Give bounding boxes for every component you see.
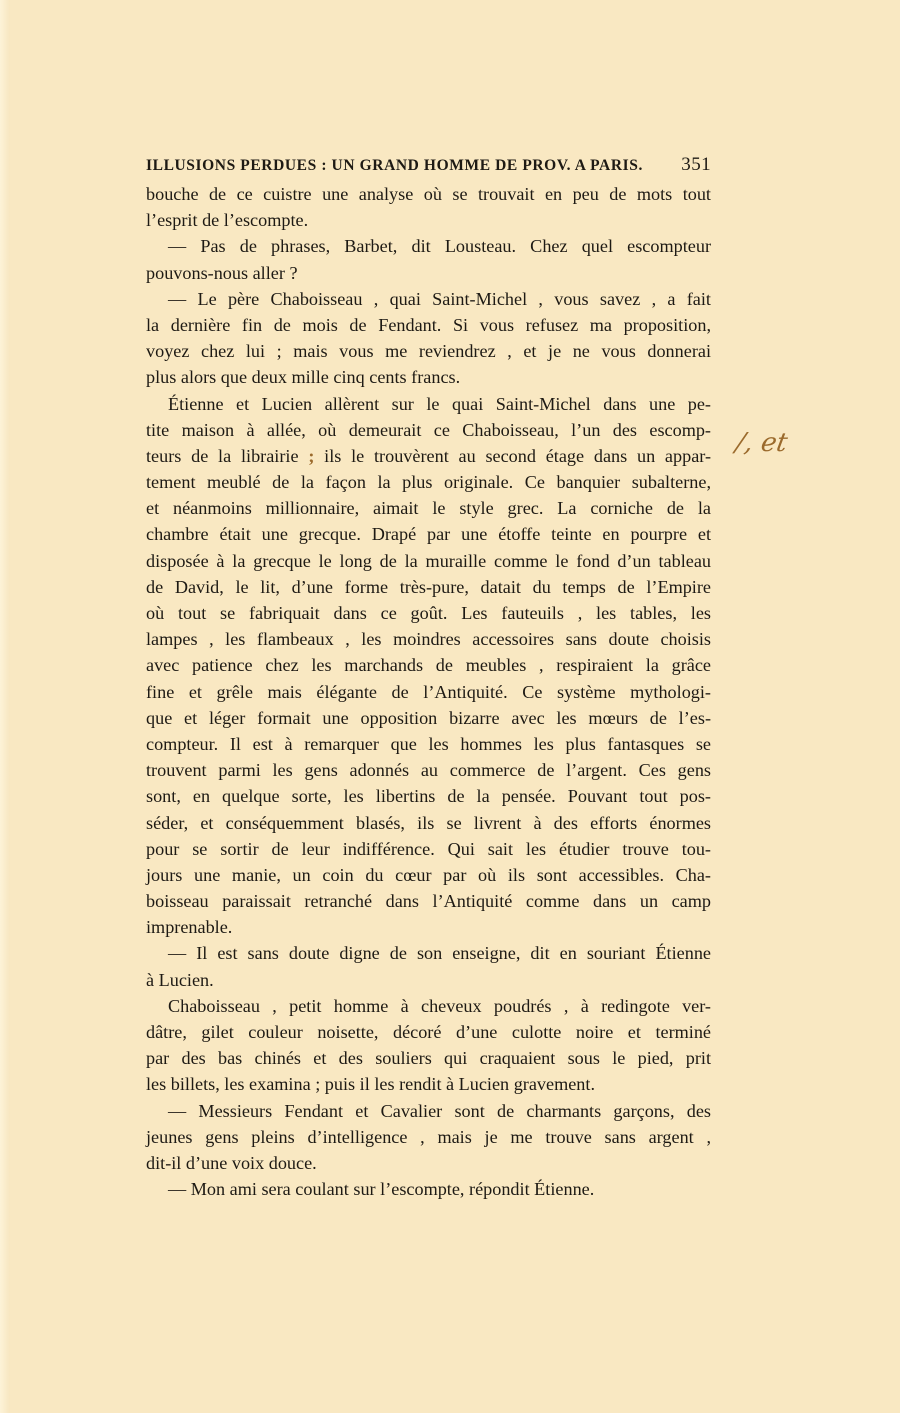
text-line: bouche de ce cuistre une analyse où se t… — [146, 181, 711, 207]
text-line: la dernière fin de mois de Fendant. Si v… — [146, 312, 711, 338]
text-line: jeunes gens pleins d’intelligence , mais… — [146, 1124, 711, 1150]
correction-mark: ; — [308, 446, 314, 466]
text-line: que et léger formait une opposition biza… — [146, 705, 711, 731]
text-line: de David, le lit, d’une forme très-pure,… — [146, 574, 711, 600]
text-line: — Le père Chaboisseau , quai Saint-Miche… — [146, 286, 711, 312]
text-line: à Lucien. — [146, 967, 711, 993]
handwritten-margin-note: /, et — [733, 428, 789, 458]
text-line: dit-il d’une voix douce. — [146, 1150, 711, 1176]
text-line: chambre était une grecque. Drapé par une… — [146, 521, 711, 547]
text-line: compteur. Il est à remarquer que les hom… — [146, 731, 711, 757]
text-line: tement meublé de la façon la plus origin… — [146, 469, 711, 495]
text-fragment: ils le trouvèrent au second étage dans u… — [324, 446, 711, 466]
text-line: — Messieurs Fendant et Cavalier sont de … — [146, 1098, 711, 1124]
page-edge — [0, 0, 10, 1413]
text-line: — Il est sans doute digne de son enseign… — [146, 940, 711, 966]
running-head-title: ILLUSIONS PERDUES : UN GRAND HOMME DE PR… — [146, 157, 643, 175]
text-line: imprenable. — [146, 914, 711, 940]
text-line: Chaboisseau , petit homme à cheveux poud… — [146, 993, 711, 1019]
text-line: — Mon ami sera coulant sur l’escompte, r… — [146, 1176, 711, 1202]
text-line: où tout se fabriquait dans ce goût. Les … — [146, 600, 711, 626]
body-text: bouche de ce cuistre une analyse où se t… — [146, 181, 711, 1202]
page-number: 351 — [681, 154, 711, 176]
text-line: jours une manie, un coin du cœur par où … — [146, 862, 711, 888]
text-line-with-correction: teurs de la librairie ; ils le trouvèren… — [146, 443, 711, 469]
book-page: ILLUSIONS PERDUES : UN GRAND HOMME DE PR… — [146, 154, 711, 1202]
text-line: fine et grêle mais élégante de l’Antiqui… — [146, 679, 711, 705]
text-line: pour se sortir de leur indifférence. Qui… — [146, 836, 711, 862]
text-line: les billets, les examina ; puis il les r… — [146, 1071, 711, 1097]
text-line: dâtre, gilet couleur noisette, décoré d’… — [146, 1019, 711, 1045]
text-line: voyez chez lui ; mais vous me reviendrez… — [146, 338, 711, 364]
text-line: plus alors que deux mille cinq cents fra… — [146, 364, 711, 390]
text-line: avec patience chez les marchands de meub… — [146, 652, 711, 678]
text-line: l’esprit de l’escompte. — [146, 207, 711, 233]
text-line: et néanmoins millionnaire, aimait le sty… — [146, 495, 711, 521]
text-line: Étienne et Lucien allèrent sur le quai S… — [146, 391, 711, 417]
text-line: séder, et conséquemment blasés, ils se l… — [146, 810, 711, 836]
text-line: tite maison à allée, où demeurait ce Cha… — [146, 417, 711, 443]
text-line: lampes , les flambeaux , les moindres ac… — [146, 626, 711, 652]
running-head: ILLUSIONS PERDUES : UN GRAND HOMME DE PR… — [146, 154, 711, 181]
text-line: disposée à la grecque le long de la mura… — [146, 548, 711, 574]
text-line: pouvons-nous aller ? — [146, 260, 711, 286]
text-line: trouvent parmi les gens adonnés au comme… — [146, 757, 711, 783]
text-line: sont, en quelque sorte, les libertins de… — [146, 783, 711, 809]
text-line: par des bas chinés et des souliers qui c… — [146, 1045, 711, 1071]
text-fragment: teurs de la librairie — [146, 446, 299, 466]
text-line: boisseau paraissait retranché dans l’Ant… — [146, 888, 711, 914]
text-line: — Pas de phrases, Barbet, dit Lousteau. … — [146, 233, 711, 259]
